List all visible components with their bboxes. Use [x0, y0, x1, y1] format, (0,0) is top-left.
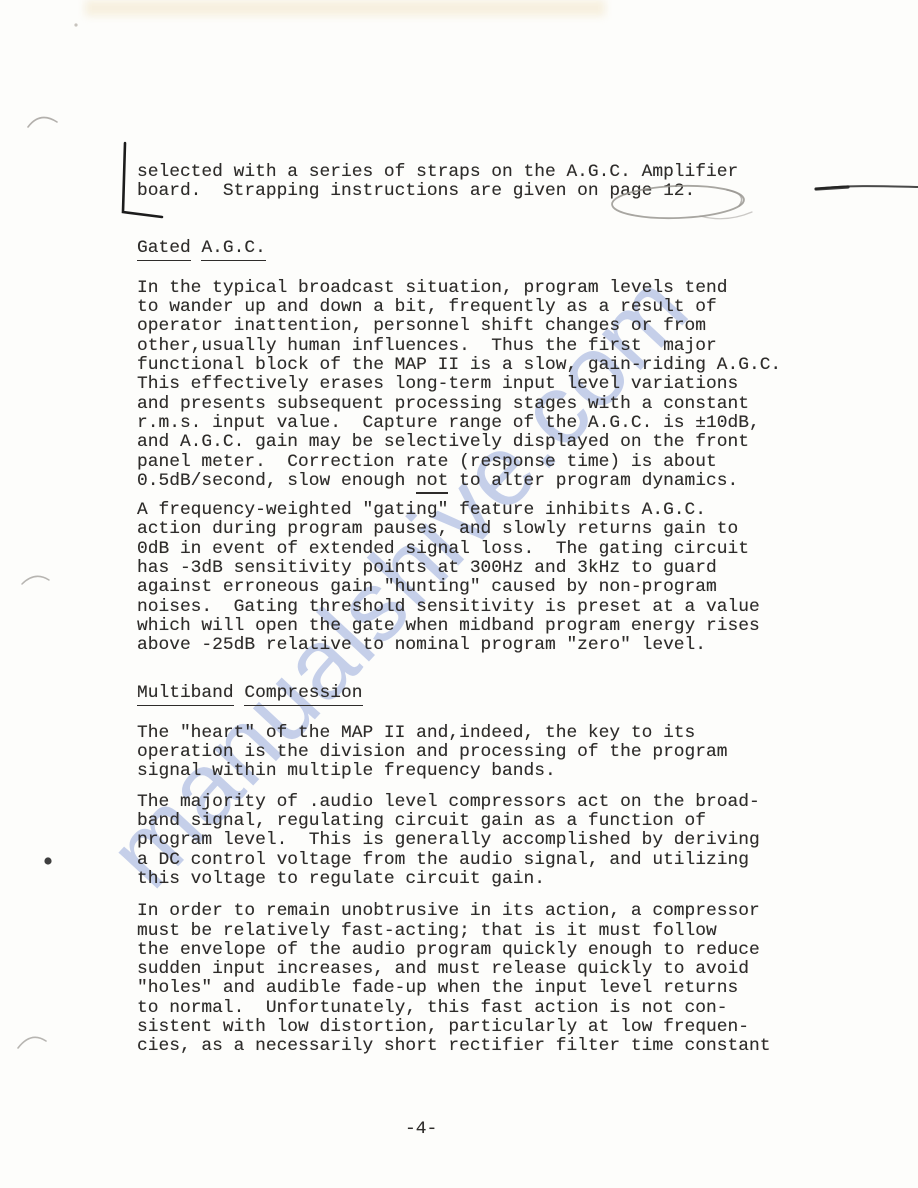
underlined-word: not	[416, 471, 448, 494]
underlined-word: Compression	[244, 683, 362, 706]
text-line: operation is the division and processing…	[137, 743, 827, 762]
text-line: has -3dB sensitivity points at 300Hz and…	[137, 559, 827, 578]
text-line: r.m.s. input value. Capture range of the…	[137, 414, 827, 433]
text-segment: board. Strapping instructions are given …	[137, 181, 609, 201]
underlined-word: A.G.C.	[201, 238, 265, 261]
underlined-word: Multiband	[137, 683, 234, 706]
text-line: In the typical broadcast situation, prog…	[137, 279, 827, 298]
text-line: against erroneous gain "hunting" caused …	[137, 578, 827, 597]
text-line: other,usually human influences. Thus the…	[137, 337, 827, 356]
text-line: The majority of .audio level compressors…	[137, 793, 827, 812]
text-line: A frequency-weighted "gating" feature in…	[137, 501, 827, 520]
pencil-arc-mid-left	[22, 576, 49, 584]
text-line: which will open the gate when midband pr…	[137, 617, 827, 636]
text-line: operator inattention, personnel shift ch…	[137, 317, 827, 336]
text-line: In order to remain unobtrusive in its ac…	[137, 902, 827, 921]
text-segment: 0.5dB/second, slow enough	[137, 471, 416, 491]
text-line: must be relatively fast-acting; that is …	[137, 922, 827, 941]
text-line: sistent with low distortion, particularl…	[137, 1018, 827, 1037]
text-line: board. Strapping instructions are given …	[137, 182, 827, 201]
intro-paragraph: selected with a series of straps on the …	[137, 163, 827, 202]
text-segment	[234, 683, 245, 703]
text-line: band signal, regulating circuit gain as …	[137, 812, 827, 831]
text-line: signal within multiple frequency bands.	[137, 762, 827, 781]
ink-dot-left-margin	[44, 857, 51, 864]
pencil-arc-bottom-left	[18, 1037, 46, 1048]
multiband-paragraph-1: The "heart" of the MAP II and,indeed, th…	[137, 724, 827, 782]
text-segment: to alter program dynamics.	[448, 471, 738, 491]
text-line: above -25dB relative to nominal program …	[137, 636, 827, 655]
gated-agc-paragraph-1: In the typical broadcast situation, prog…	[137, 279, 827, 491]
text-line: This effectively erases long-term input …	[137, 375, 827, 394]
text-line: and A.G.C. gain may be selectively displ…	[137, 433, 827, 452]
text-line: "holes" and audible fade-up when the inp…	[137, 979, 827, 998]
gated-agc-paragraph-2: A frequency-weighted "gating" feature in…	[137, 501, 827, 655]
heading-multiband-compression: Multiband Compression	[137, 684, 827, 703]
pencil-circled-text: page 12.	[609, 181, 695, 201]
scanned-manual-page: manualshive.com selected with a series o…	[0, 0, 918, 1188]
pencil-arc-top-left	[28, 118, 57, 127]
text-line: Multiband Compression	[137, 684, 827, 703]
heading-gated-agc: Gated A.G.C.	[137, 239, 827, 258]
underlined-word: Gated	[137, 238, 191, 261]
text-line: 0dB in event of extended signal loss. Th…	[137, 540, 827, 559]
text-line: noises. Gating threshold sensitivity is …	[137, 598, 827, 617]
text-line: The "heart" of the MAP II and,indeed, th…	[137, 724, 827, 743]
text-line: Gated A.G.C.	[137, 239, 827, 258]
text-line: functional block of the MAP II is a slow…	[137, 356, 827, 375]
document-body: selected with a series of straps on the …	[137, 163, 827, 1057]
text-line: action during program pauses, and slowly…	[137, 520, 827, 539]
text-line: a DC control voltage from the audio sign…	[137, 851, 827, 870]
text-line: selected with a series of straps on the …	[137, 163, 827, 182]
margin-line-right	[816, 186, 918, 189]
text-line: cies, as a necessarily short rectifier f…	[137, 1037, 827, 1056]
text-line: to normal. Unfortunately, this fast acti…	[137, 999, 827, 1018]
text-line: this voltage to regulate circuit gain.	[137, 870, 827, 889]
text-line: to wander up and down a bit, frequently …	[137, 298, 827, 317]
text-line: program level. This is generally accompl…	[137, 831, 827, 850]
text-line: and presents subsequent processing stage…	[137, 395, 827, 414]
multiband-paragraph-2: The majority of .audio level compressors…	[137, 793, 827, 889]
page-number: -4-	[405, 1119, 437, 1139]
multiband-paragraph-3: In order to remain unobtrusive in its ac…	[137, 902, 827, 1056]
text-line: the envelope of the audio program quickl…	[137, 941, 827, 960]
text-line: 0.5dB/second, slow enough not to alter p…	[137, 472, 827, 491]
text-segment	[191, 238, 202, 258]
scan-speck	[74, 23, 77, 26]
scan-edge-tint	[85, 0, 605, 16]
text-line: panel meter. Correction rate (response t…	[137, 453, 827, 472]
text-line: sudden input increases, and must release…	[137, 960, 827, 979]
